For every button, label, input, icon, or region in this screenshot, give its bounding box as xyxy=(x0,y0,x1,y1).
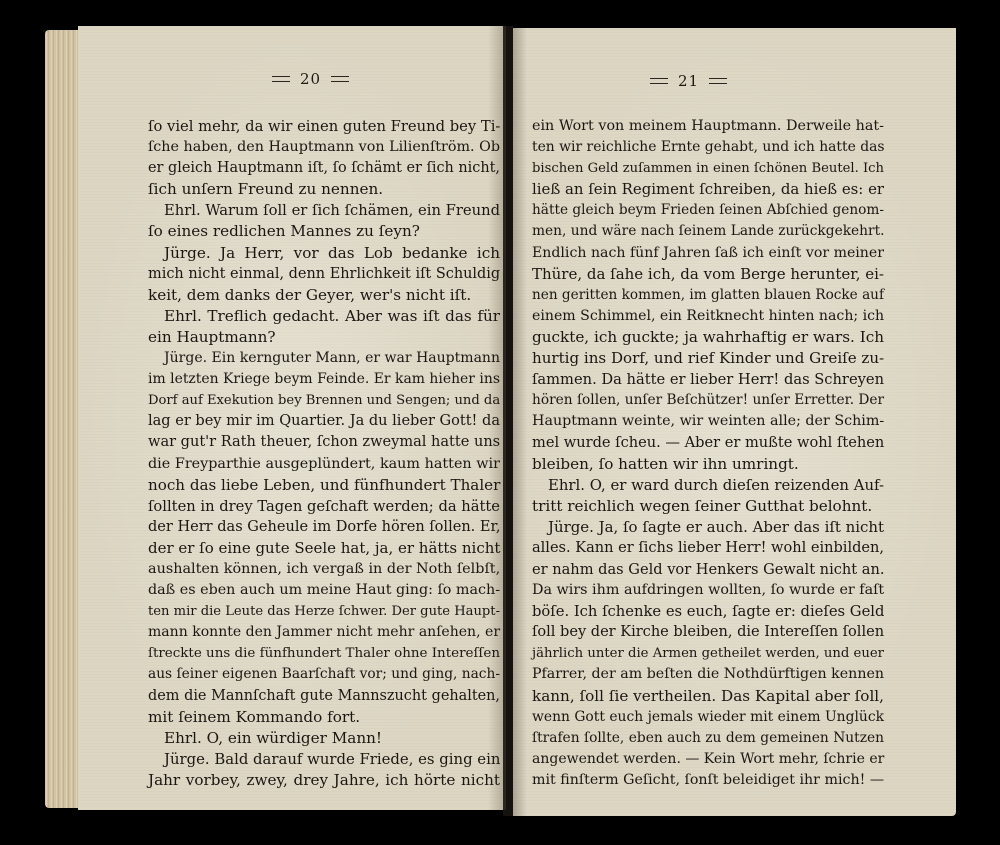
text-line: ſtreckte uns die fünfhundert Thaler ohne… xyxy=(148,643,500,664)
text-line: aushalten können, ich vergaß in der Noth… xyxy=(148,559,500,580)
page-number-rule-right xyxy=(331,76,349,82)
text-line: dem die Mannſchaft gute Mannszucht gehal… xyxy=(148,686,500,707)
text-line: hören ſollen, unſer Beſchützer! unſer Er… xyxy=(532,390,884,411)
text-line: hätte gleich beym Frieden ſeinen Abſchie… xyxy=(532,200,884,221)
text-line: er nahm das Geld vor Henkers Gewalt nich… xyxy=(532,559,884,580)
page-number-label: 20 xyxy=(300,70,321,88)
text-line: im letzten Kriege beym Feinde. Er kam hi… xyxy=(148,369,500,390)
text-line: ließ an ſein Regiment ſchreiben, da hieß… xyxy=(532,179,884,200)
text-line: ſche haben, den Hauptmann von Lilienſtrö… xyxy=(148,137,500,158)
text-line: guckte, ich guckte; ja wahrhaftig er war… xyxy=(532,327,884,348)
text-line: ein Wort von meinem Hauptmann. Derweile … xyxy=(532,116,884,137)
text-line: tritt reichlich wegen ſeiner Gutthat bel… xyxy=(532,496,884,517)
page-number-left: 20 xyxy=(272,70,349,88)
text-line: mit finſterm Geſicht, ſonſt beleidiget i… xyxy=(532,770,884,791)
text-line: Jürge. Ja Herr, vor das Lob bedanke ich xyxy=(148,243,500,264)
text-line: mel wurde ſcheu. — Aber er mußte wohl ſt… xyxy=(532,432,884,453)
text-line: ten mir die Leute das Herze ſchwer. Der … xyxy=(148,601,500,622)
text-line: angewendet werden. — Kein Wort mehr, ſch… xyxy=(532,749,884,770)
text-line: Da wirs ihm aufdringen wollten, ſo wurde… xyxy=(532,580,884,601)
text-line: ſtrafen ſollte, eben auch zu dem gemeine… xyxy=(532,728,884,749)
text-line: der er ſo eine gute Seele hat, ja, er hä… xyxy=(148,538,500,559)
text-line: Jürge. Bald darauf wurde Friede, es ging… xyxy=(148,749,500,770)
text-line: Jürge. Ein kernguter Mann, er war Hauptm… xyxy=(148,348,500,369)
text-line: ten wir reichliche Ernte gehabt, und ich… xyxy=(532,137,884,158)
text-line: lag er bey mir im Quartier. Ja du lieber… xyxy=(148,411,500,432)
text-line: Ehrl. O, ein würdiger Mann! xyxy=(148,728,500,749)
text-line: der Herr das Geheule im Dorfe hören ſoll… xyxy=(148,517,500,538)
text-line: mann konnte den Jammer nicht mehr anſehe… xyxy=(148,622,500,643)
text-line: ein Hauptmann? xyxy=(148,327,500,348)
page-number-rule-right xyxy=(709,78,727,84)
text-line: Ehrl. Treflich gedacht. Aber was iſt das… xyxy=(148,306,500,327)
right-gutter-shadow xyxy=(513,28,527,816)
text-line: men, und wäre nach ſeinem Lande zurückge… xyxy=(532,221,884,242)
text-line: ſo viel mehr, da wir einen guten Freund … xyxy=(148,116,500,137)
text-line: wenn Gott euch jemals wieder mit einem U… xyxy=(532,707,884,728)
text-line: Jürge. Ja, ſo ſagte er auch. Aber das iſ… xyxy=(532,517,884,538)
text-line: Dorf auf Exekution bey Brennen und Senge… xyxy=(148,390,500,411)
text-line: war gut'r Rath theuer, ſchon zweymal hat… xyxy=(148,432,500,453)
text-line: hurtig ins Dorf, und rief Kinder und Gre… xyxy=(532,348,884,369)
page-number-rule-left xyxy=(650,78,668,84)
text-line: Ehrl. O, er ward durch dieſen reizenden … xyxy=(532,475,884,496)
page-number-right: 21 xyxy=(650,72,727,90)
text-line: ſo eines redlichen Mannes zu ſeyn? xyxy=(148,221,500,242)
text-line: kann, ſoll ſie vertheilen. Das Kapital a… xyxy=(532,686,884,707)
text-line: einem Schimmel, ein Reitknecht hinten na… xyxy=(532,306,884,327)
text-line: ſollten in drey Tagen geſchaft werden; d… xyxy=(148,496,500,517)
page-edges-stack xyxy=(45,30,80,808)
text-line: jährlich unter die Armen getheilet werde… xyxy=(532,643,884,664)
open-book: 20 21 ſo viel mehr, da wir einen guten F… xyxy=(0,0,1000,845)
text-line: bleiben, ſo hatten wir ihn umringt. xyxy=(532,454,884,475)
text-line: ſich unſern Freund zu nennen. xyxy=(148,179,500,200)
text-line: bischen Geld zuſammen in einen ſchönen B… xyxy=(532,158,884,179)
text-line: ſoll bey der Kirche bleiben, die Intereſ… xyxy=(532,622,884,643)
text-line: mich nicht einmal, denn Ehrlichkeit iſt … xyxy=(148,264,500,285)
text-line: aus ſeiner eigenen Baarſchaft vor; und g… xyxy=(148,664,500,685)
text-line: mit ſeinem Kommando fort. xyxy=(148,707,500,728)
text-line: alles. Kann er ſichs lieber Herr! wohl e… xyxy=(532,538,884,559)
right-page-text: ein Wort von meinem Hauptmann. Derweile … xyxy=(532,116,884,791)
text-line: Pfarrer, der am beſten die Nothdürftigen… xyxy=(532,664,884,685)
text-line: nen geritten kommen, im glatten blauen R… xyxy=(532,285,884,306)
text-line: Jahr vorbey, zwey, drey Jahre, ich hörte… xyxy=(148,770,500,791)
text-line: keit, dem danks der Geyer, wer's nicht i… xyxy=(148,285,500,306)
left-page-text: ſo viel mehr, da wir einen guten Freund … xyxy=(148,116,500,791)
text-line: Thüre, da ſahe ich, da vom Berge herunte… xyxy=(532,264,884,285)
text-line: Ehrl. Warum ſoll er ſich ſchämen, ein Fr… xyxy=(148,200,500,221)
text-line: ſammen. Da hätte er lieber Herr! das Sch… xyxy=(532,369,884,390)
text-line: böſe. Ich ſchenke es euch, ſagte er: die… xyxy=(532,601,884,622)
text-line: er gleich Hauptmann iſt, ſo ſchämt er ſi… xyxy=(148,158,500,179)
text-line: die Freyparthie ausgeplündert, kaum hatt… xyxy=(148,454,500,475)
page-number-rule-left xyxy=(272,76,290,82)
text-line: Hauptmann weinte, wir weinten alle; der … xyxy=(532,411,884,432)
text-line: daß es eben auch um meine Haut ging: ſo … xyxy=(148,580,500,601)
text-line: noch das liebe Leben, und fünfhundert Th… xyxy=(148,475,500,496)
text-line: Endlich nach fünf Jahren ſaß ich einſt v… xyxy=(532,243,884,264)
page-number-label: 21 xyxy=(678,72,699,90)
